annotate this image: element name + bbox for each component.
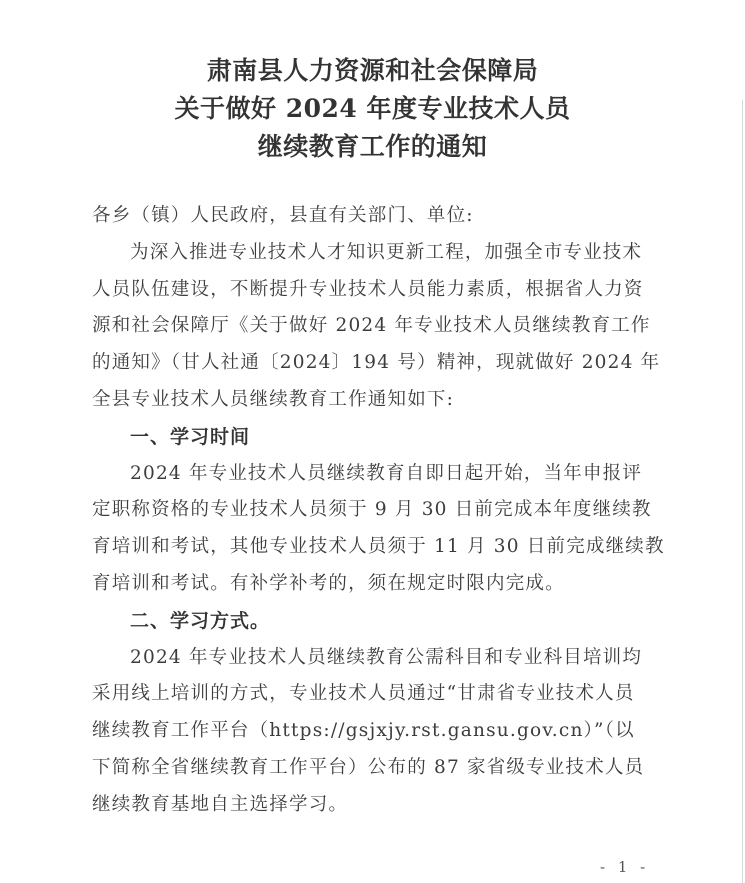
section-2-line: 下简称全省继续教育工作平台）公布的 87 家省级专业技术人员 [92, 750, 667, 787]
salutation: 各乡（镇）人民政府，县直有关部门、单位: [92, 198, 667, 235]
section-2-line: 2024 年专业技术人员继续教育公需科目和专业科目培训均 [92, 640, 667, 677]
section-1-line: 育培训和考试，其他专业技术人员须于 11 月 30 日前完成继续教 [92, 529, 667, 566]
section-1-line: 定职称资格的专业技术人员须于 9 月 30 日前完成本年度继续教 [92, 492, 667, 529]
section-2-line: 继续教育基地自主选择学习。 [92, 787, 667, 824]
title-line-1: 肃南县人力资源和社会保障局 [0, 52, 745, 90]
section-heading-study-time: 一、学习时间 [92, 419, 667, 456]
document-body: 各乡（镇）人民政府，县直有关部门、单位: 为深入推进专业技术人才知识更新工程，加… [92, 198, 667, 824]
intro-line: 人员队伍建设，不断提升专业技术人员能力素质，根据省人力资 [92, 272, 667, 309]
section-1-line: 2024 年专业技术人员继续教育自即日起开始，当年申报评 [92, 456, 667, 493]
intro-line: 源和社会保障厅《关于做好 2024 年专业技术人员继续教育工作 [92, 308, 667, 345]
section-heading-study-method: 二、学习方式。 [92, 603, 667, 640]
section-2-line: 继续教育工作平台（https://gsjxjy.rst.gansu.gov.cn… [92, 713, 667, 750]
intro-line: 的通知》（甘人社通〔2024〕194 号）精神，现就做好 2024 年 [92, 345, 667, 382]
title-line-3: 继续教育工作的通知 [0, 128, 745, 166]
page-number: - 1 - [600, 858, 649, 876]
title-line-2: 关于做好 2024 年度专业技术人员 [0, 90, 745, 128]
section-1-line: 育培训和考试。有补学补考的，须在规定时限内完成。 [92, 566, 667, 603]
intro-line: 全县专业技术人员继续教育工作通知如下: [92, 382, 667, 419]
page-edge-line [742, 100, 743, 883]
section-2-line: 采用线上培训的方式，专业技术人员通过“甘肃省专业技术人员 [92, 676, 667, 713]
document-title: 肃南县人力资源和社会保障局 关于做好 2024 年度专业技术人员 继续教育工作的… [0, 52, 745, 166]
intro-line: 为深入推进专业技术人才知识更新工程，加强全市专业技术 [92, 235, 667, 272]
